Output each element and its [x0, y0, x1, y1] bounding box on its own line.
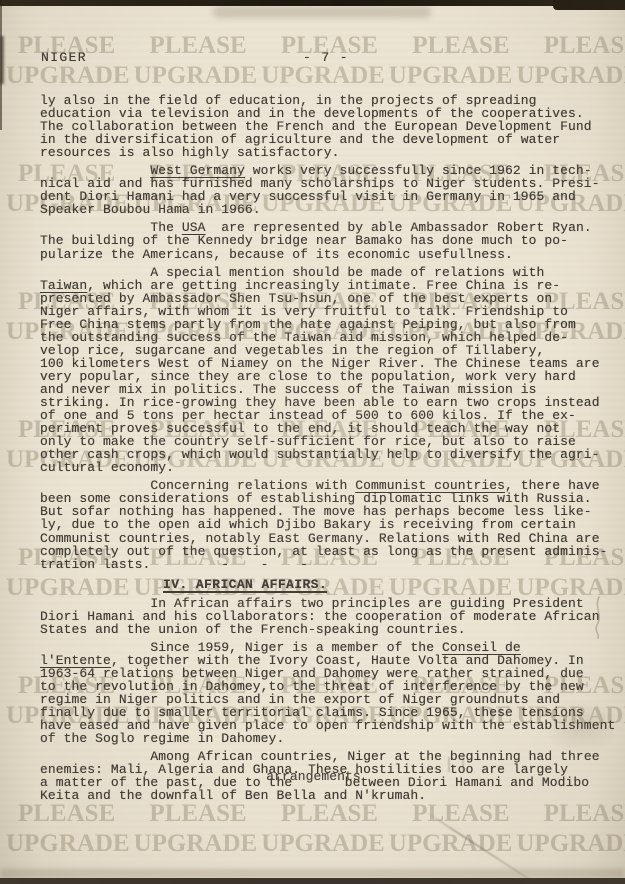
- watermark-text: UPGRADE: [6, 63, 130, 88]
- inserted-word: arrangements: [266, 769, 361, 784]
- paragraph-african-enemies: Among African countries, Niger at the be…: [40, 750, 625, 802]
- paragraph-taiwan: A special mention should be made of rela…: [40, 266, 625, 475]
- underlined-text: IV. AFRICAN AFFAIRS.: [163, 577, 327, 592]
- typed-text: , which are getting increasingly intimat…: [40, 278, 600, 476]
- paragraph-west-germany: West Germany works very successfully sin…: [40, 164, 625, 216]
- watermark-row: UPGRADEUPGRADEUPGRADEUPGRADEUPGRADE: [6, 831, 625, 856]
- watermark-text: UPGRADE: [261, 831, 385, 856]
- typed-text: ly also in the field of education, in th…: [40, 93, 592, 160]
- watermark-text: UPGRADE: [516, 63, 625, 88]
- watermark-text: UPGRADE: [134, 63, 258, 88]
- paragraph-usa: The USA are represented by able Ambassad…: [40, 221, 625, 260]
- section-heading-african-affairs: IV. AFRICAN AFFAIRS.: [40, 578, 625, 591]
- header-page-number: - 7 -: [303, 50, 349, 65]
- watermark-text: UPGRADE: [261, 63, 385, 88]
- scanned-document-page: PLEASEPLEASEPLEASEPLEASEPLEASEUPGRADEUPG…: [0, 0, 625, 884]
- page-header: NIGER - 7 -: [0, 50, 625, 66]
- watermark-text: UPGRADE: [389, 831, 513, 856]
- document-body: ly also in the field of education, in th…: [40, 94, 625, 807]
- watermark-text: UPGRADE: [6, 831, 130, 856]
- paragraph-guiding-principles: In African affairs two principles are gu…: [40, 597, 625, 636]
- paragraph-conseil-entente: Since 1959, Niger is a member of the Con…: [40, 641, 625, 745]
- watermark-text: UPGRADE: [389, 63, 513, 88]
- watermark-text: UPGRADE: [134, 831, 258, 856]
- typed-text: , together with the Ivory Coast, Haute V…: [40, 653, 615, 746]
- watermark-row: UPGRADEUPGRADEUPGRADEUPGRADEUPGRADE: [6, 63, 625, 88]
- typed-text: In African affairs two principles are gu…: [40, 596, 600, 637]
- watermark-text: UPGRADE: [516, 831, 625, 856]
- paragraph-communist-countries: Concerning relations with Communist coun…: [40, 479, 625, 570]
- paragraph-intro-continuation: ly also in the field of education, in th…: [40, 94, 625, 159]
- header-country-label: NIGER: [41, 50, 87, 65]
- typed-text: [40, 577, 163, 592]
- typed-text: , there have been some considerations of…: [40, 478, 607, 571]
